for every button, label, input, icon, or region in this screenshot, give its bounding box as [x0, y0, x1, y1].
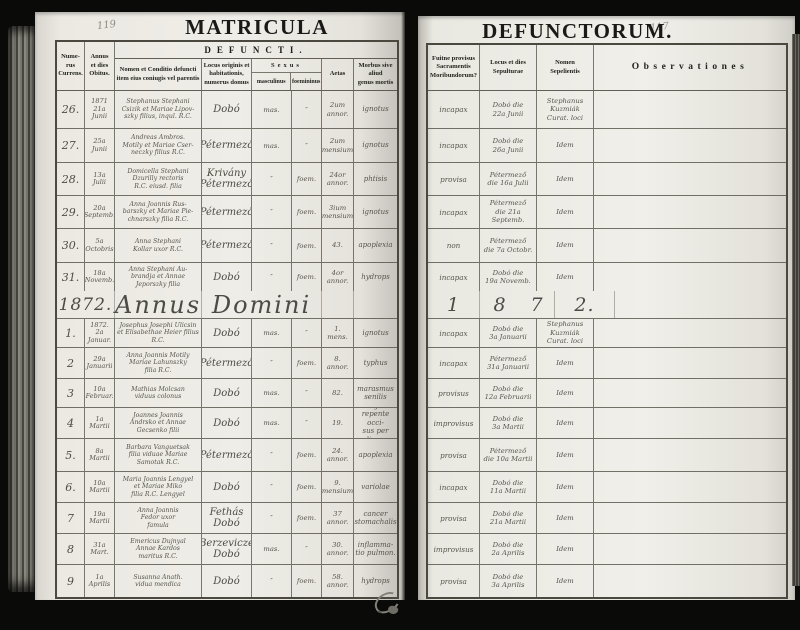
register-row: incapax Pétermező die 21a Septemb. Idem — [428, 196, 786, 229]
cell-name-condition: Stephanus Stephani Csizik et Mariae Lipo… — [115, 91, 202, 128]
cell-origin-place: Pétermező — [202, 348, 252, 378]
cell-sacraments: improvisus — [428, 534, 480, 564]
right-rows-1871: incapax Dobó die 22a Junii Stephanus Kuz… — [428, 91, 786, 291]
header-burying-priest: Nomen Sepelientis — [537, 45, 594, 90]
cell-origin-place: Krivány Pétermező — [202, 163, 252, 195]
register-row: improvisus Dobó die 2a Aprilis Idem — [428, 534, 786, 565]
register-row: non Pétermező die 7a Octobr. Idem — [428, 229, 786, 263]
cell-age: 2um mensium — [322, 129, 354, 162]
cell-sex-female: foem. — [292, 472, 322, 502]
cell-name-condition: Barbara Vanguetsak filia viduae Mariae S… — [115, 439, 202, 471]
register-row: 30. 5a Octobris Anna Stephani Kollar uxo… — [57, 229, 397, 263]
cell-numerus: 7 — [57, 503, 85, 533]
cell-sacraments: incapax — [428, 348, 480, 378]
year-band-left: 1872. Annus Domini — [57, 291, 397, 319]
cell-age: 24. annor. — [322, 439, 354, 471]
cell-obit-date: 18a Novemb. — [85, 263, 115, 291]
register-row: 9 1a Aprilis Susanna Anath. vidua mendic… — [57, 565, 397, 597]
cell-sex-male: ″ — [252, 472, 292, 502]
cell-observations — [594, 439, 786, 471]
right-table-header: Fuitne provisus Sacramentis Moribundorum… — [428, 45, 786, 91]
year-digit-2: 2. — [555, 291, 615, 318]
cell-obit-date: 10a Martii — [85, 472, 115, 502]
cell-name-condition: Josephus Josephi Ulicsin et Elisabethae … — [115, 319, 202, 347]
cell-name-condition: Maria Joannis Lengyel et Mariae Miko fil… — [115, 472, 202, 502]
cell-sacraments: non — [428, 229, 480, 262]
cell-cause-of-death: cancer stomachalis — [354, 503, 397, 533]
year-1872: 1872. — [59, 295, 113, 315]
cell-burial-place-date: Dobó die 21a Martii — [480, 503, 537, 533]
register-row: 3 10a Februar. Mathias Molcsan viduus co… — [57, 379, 397, 408]
cell-numerus: 1. — [57, 319, 85, 347]
cell-sex-male: ″ — [252, 263, 292, 291]
cell-numerus: 5. — [57, 439, 85, 471]
cell-sex-female: ″ — [292, 408, 322, 438]
cell-burying-priest: Stephanus Kuzmiák Curat. loci — [537, 319, 594, 347]
right-page: 117 DEFUNCTORUM. Fuitne provisus Sacrame… — [418, 16, 795, 600]
cell-observations — [594, 472, 786, 502]
register-table-right: Fuitne provisus Sacramentis Moribundorum… — [426, 43, 788, 599]
cell-origin-place: Dobó — [202, 91, 252, 128]
register-row: provisa Dobó die 3a Aprilis Idem — [428, 565, 786, 597]
cell-sex-male: ″ — [252, 565, 292, 597]
cell-numerus: 2 — [57, 348, 85, 378]
cell-sex-female: foem. — [292, 263, 322, 291]
cell-sex-female: foem. — [292, 348, 322, 378]
cell-burying-priest: Stephanus Kuzmiák Curat. loci — [537, 91, 594, 128]
cell-cause-of-death: in sylva repente occi- sus per ligna — [354, 408, 397, 438]
register-row: 26. 1871 21a Junii Stephanus Stephani Cs… — [57, 91, 397, 129]
cell-observations — [594, 229, 786, 262]
header-masculinus: masculinus — [252, 73, 291, 90]
cell-sex-female: foem. — [292, 439, 322, 471]
register-row: 4 1a Martii Joannes Joannis Andrsko et A… — [57, 408, 397, 439]
cell-sacraments: incapax — [428, 196, 480, 228]
cell-burial-place-date: Dobó die 2a Aprilis — [480, 534, 537, 564]
cell-origin-place: Pétermező — [202, 129, 252, 162]
cell-sex-male: mas. — [252, 408, 292, 438]
cell-age: 24or annor. — [322, 163, 354, 195]
cell-observations — [594, 565, 786, 597]
cell-burying-priest: Idem — [537, 379, 594, 407]
cell-age: 82. — [322, 379, 354, 407]
cell-cause-of-death: phtisis — [354, 163, 397, 195]
cell-age: 1. mens. — [322, 319, 354, 347]
header-morbus: Morbus sive aliud genus mortis — [354, 59, 397, 90]
cell-observations — [594, 263, 786, 291]
word-domini: Domini — [212, 291, 311, 319]
cell-name-condition: Anna Joannis Rus- barszky et Mariae Pie-… — [115, 196, 202, 228]
register-row: provisus Dobó die 12a Februarii Idem — [428, 379, 786, 408]
cell-age: 30. annor. — [322, 534, 354, 564]
cell-numerus: 6. — [57, 472, 85, 502]
register-row: incapax Dobó die 22a Junii Stephanus Kuz… — [428, 91, 786, 129]
cell-sex-male: ″ — [252, 439, 292, 471]
cell-observations — [594, 91, 786, 128]
cell-burial-place-date: Dobó die 19a Novemb. — [480, 263, 537, 291]
book-fore-edge-right — [792, 34, 800, 586]
cell-burying-priest: Idem — [537, 472, 594, 502]
header-observationes: Observationes — [594, 45, 786, 90]
cell-name-condition: Emericus Dujnyal Annae Kardos maritus R.… — [115, 534, 202, 564]
cell-burial-place-date: Dobó die 11a Martii — [480, 472, 537, 502]
cell-sex-male: mas. — [252, 534, 292, 564]
cell-name-condition: Anna Stephani Au- brandja et Annae Jepor… — [115, 263, 202, 291]
cell-burial-place-date: Dobó die 22a Junii — [480, 91, 537, 128]
register-table-left: Nume- rus Currens. Annus et dies Obitus.… — [55, 40, 399, 599]
cell-cause-of-death: apoplexia — [354, 229, 397, 262]
cell-obit-date: 1871 21a Junii — [85, 91, 115, 128]
register-row: 31. 18a Novemb. Anna Stephani Au- brandj… — [57, 263, 397, 291]
cell-sacraments: provisus — [428, 379, 480, 407]
cell-age: 8. annor. — [322, 348, 354, 378]
cell-sex-male: ″ — [252, 348, 292, 378]
cell-burying-priest: Idem — [537, 439, 594, 471]
cell-cause-of-death: typhus — [354, 348, 397, 378]
cell-name-condition: Susanna Anath. vidua mendica — [115, 565, 202, 597]
cell-sacraments: provisa — [428, 439, 480, 471]
cell-observations — [594, 196, 786, 228]
cell-burying-priest: Idem — [537, 229, 594, 262]
cell-burial-place-date: Dobó die 3a Martii — [480, 408, 537, 438]
header-burial-place-date: Locus et dies Sepulturae — [480, 45, 537, 90]
cell-sacraments: incapax — [428, 319, 480, 347]
year-digit-7: 7 — [520, 291, 555, 318]
register-row: incapax Dobó die 11a Martii Idem — [428, 472, 786, 503]
register-row: 6. 10a Martii Maria Joannis Lengyel et M… — [57, 472, 397, 503]
cell-burial-place-date: Pétermező die 16a Julii — [480, 163, 537, 195]
cell-origin-place: Dobó — [202, 408, 252, 438]
cell-numerus: 30. — [57, 229, 85, 262]
cell-sacraments: incapax — [428, 472, 480, 502]
year-band-spacer-r — [615, 291, 786, 318]
cell-name-condition: Anna Stephani Kollar uxor R.C. — [115, 229, 202, 262]
cell-burying-priest: Idem — [537, 263, 594, 291]
cell-name-condition: Anna Joannis Motily Mariae Lahunszky fil… — [115, 348, 202, 378]
cell-sex-female: foem. — [292, 163, 322, 195]
cell-origin-place: Pétermező — [202, 439, 252, 471]
cell-obit-date: 25a Junii — [85, 129, 115, 162]
cell-burying-priest: Idem — [537, 503, 594, 533]
cell-burying-priest: Idem — [537, 348, 594, 378]
cell-origin-place: Dobó — [202, 565, 252, 597]
cell-cause-of-death: ignotus — [354, 91, 397, 128]
cell-origin-place: Dobó — [202, 472, 252, 502]
register-row: incapax Dobó die 3a Januarii Stephanus K… — [428, 319, 786, 348]
cell-sacraments: improvisus — [428, 408, 480, 438]
cell-sex-male: mas. — [252, 379, 292, 407]
header-numerus: Nume- rus Currens. — [57, 42, 85, 90]
cell-origin-place: Pétermező — [202, 229, 252, 262]
cell-sex-male: mas. — [252, 129, 292, 162]
cell-observations — [594, 534, 786, 564]
register-row: 28. 13a Julii Domicella Stephani Dzurill… — [57, 163, 397, 196]
header-origin-place: Locus originis et habitationis, numerus … — [202, 59, 252, 90]
cell-age: 19. — [322, 408, 354, 438]
cell-sex-female: ″ — [292, 91, 322, 128]
cell-age: 37 annor. — [322, 503, 354, 533]
cell-sacraments: incapax — [428, 129, 480, 162]
cell-obit-date: 10a Februar. — [85, 379, 115, 407]
cell-obit-date: 8a Martii — [85, 439, 115, 471]
cell-age: 2um annor. — [322, 91, 354, 128]
cell-sex-female: ″ — [292, 319, 322, 347]
cell-age: 58. annor. — [322, 565, 354, 597]
register-row: incapax Dobó die 19a Novemb. Idem — [428, 263, 786, 291]
cell-burial-place-date: Pétermező die 7a Octobr. — [480, 229, 537, 262]
right-page-title: DEFUNCTORUM. — [418, 19, 795, 44]
cell-observations — [594, 129, 786, 162]
cell-burying-priest: Idem — [537, 565, 594, 597]
register-row: incapax Pétermező 31a Januarii Idem — [428, 348, 786, 379]
cell-obit-date: 1a Aprilis — [85, 565, 115, 597]
cell-origin-place: Fethás Dobó — [202, 503, 252, 533]
cell-numerus: 9 — [57, 565, 85, 597]
cell-sex-male: ″ — [252, 196, 292, 228]
year-digit-8: 8 — [480, 291, 520, 318]
register-row: 27. 25a Junii Andreas Ambros. Motily et … — [57, 129, 397, 163]
cell-burial-place-date: Dobó die 26a Junii — [480, 129, 537, 162]
left-page-title: MATRICULA — [35, 15, 405, 40]
cell-origin-place: Dobó — [202, 319, 252, 347]
year-band-spacer-a — [322, 291, 354, 318]
cell-age: 4or annor. — [322, 263, 354, 291]
left-rows-1871: 26. 1871 21a Junii Stephanus Stephani Cs… — [57, 91, 397, 291]
register-row: provisa Dobó die 21a Martii Idem — [428, 503, 786, 534]
left-table-header: Nume- rus Currens. Annus et dies Obitus.… — [57, 42, 397, 91]
register-row: 7 19a Martii Anna Joannis Fedor uxor fam… — [57, 503, 397, 534]
cell-sacraments: provisa — [428, 163, 480, 195]
cell-numerus: 31. — [57, 263, 85, 291]
cell-origin-place: Dobó — [202, 379, 252, 407]
cell-burying-priest: Idem — [537, 129, 594, 162]
cell-sacraments: provisa — [428, 503, 480, 533]
cell-sex-male: ″ — [252, 503, 292, 533]
word-annus: Annus — [115, 291, 201, 319]
left-rows-1872: 1. 1872. 2a Januar. Josephus Josephi Uli… — [57, 319, 397, 597]
register-row: incapax Dobó die 26a Junii Idem — [428, 129, 786, 163]
cell-numerus: 27. — [57, 129, 85, 162]
cell-sex-male: ″ — [252, 163, 292, 195]
cell-sex-female: foem. — [292, 565, 322, 597]
cell-name-condition: Anna Joannis Fedor uxor famula — [115, 503, 202, 533]
cell-cause-of-death: ignotus — [354, 196, 397, 228]
cell-burial-place-date: Pétermező die 21a Septemb. — [480, 196, 537, 228]
cell-name-condition: Mathias Molcsan viduus colonus — [115, 379, 202, 407]
header-foemininus: foemininus — [291, 73, 321, 90]
header-name-condition: Nomen et Conditio defuncti item eius con… — [115, 59, 202, 90]
cell-cause-of-death: marasmus senilis — [354, 379, 397, 407]
header-sexus-group: Sexus masculinus foemininus — [252, 59, 322, 90]
register-row: provisa Pétermező die 16a Julii Idem — [428, 163, 786, 196]
cell-sex-male: mas. — [252, 91, 292, 128]
cell-sacraments: incapax — [428, 263, 480, 291]
cell-name-condition: Andreas Ambros. Motily et Mariae Cser- n… — [115, 129, 202, 162]
cell-obit-date: 5a Octobris — [85, 229, 115, 262]
cell-sacraments: provisa — [428, 565, 480, 597]
cell-sex-female: ″ — [292, 379, 322, 407]
cell-burial-place-date: Pétermező die 10a Martii — [480, 439, 537, 471]
cell-burying-priest: Idem — [537, 196, 594, 228]
cell-sex-female: foem. — [292, 503, 322, 533]
cell-sex-female: ″ — [292, 534, 322, 564]
cell-cause-of-death: inflamma- tio pulmon. — [354, 534, 397, 564]
cell-observations — [594, 348, 786, 378]
cell-observations — [594, 408, 786, 438]
cell-cause-of-death: hydrops — [354, 263, 397, 291]
cell-obit-date: 20a Septemb. — [85, 196, 115, 228]
cell-sacraments: incapax — [428, 91, 480, 128]
section-title-defuncti: DEFUNCTI. — [115, 42, 397, 59]
cell-cause-of-death: ignotus — [354, 319, 397, 347]
cell-sex-female: ″ — [292, 129, 322, 162]
cell-obit-date: 31a Mart. — [85, 534, 115, 564]
cell-numerus: 29. — [57, 196, 85, 228]
cell-obit-date: 1a Martii — [85, 408, 115, 438]
cell-burial-place-date: Dobó die 12a Februarii — [480, 379, 537, 407]
header-aetas: Aetas — [322, 59, 354, 90]
left-page: 119 MATRICULA Nume- rus Currens. Annus e… — [35, 12, 405, 600]
cell-obit-date: 1872. 2a Januar. — [85, 319, 115, 347]
cell-sex-female: foem. — [292, 229, 322, 262]
year-digit-1: 1 — [428, 291, 480, 318]
cell-observations — [594, 379, 786, 407]
cell-burying-priest: Idem — [537, 163, 594, 195]
cell-sex-male: ″ — [252, 229, 292, 262]
year-band-year: 1872. — [57, 291, 115, 318]
cell-cause-of-death: variolae — [354, 472, 397, 502]
cell-burying-priest: Idem — [537, 408, 594, 438]
book-fore-edge-left — [8, 26, 36, 592]
cell-sex-male: mas. — [252, 319, 292, 347]
page-curl-artifact — [372, 589, 410, 623]
cell-obit-date: 19a Martii — [85, 503, 115, 533]
year-band-annus: Annus — [115, 291, 202, 318]
cell-obit-date: 29a Januarii — [85, 348, 115, 378]
register-row: 8 31a Mart. Emericus Dujnyal Annae Kardo… — [57, 534, 397, 565]
cell-observations — [594, 503, 786, 533]
register-row: 29. 20a Septemb. Anna Joannis Rus- barsz… — [57, 196, 397, 229]
scanned-register-spread: 119 MATRICULA Nume- rus Currens. Annus e… — [0, 0, 800, 630]
cell-burial-place-date: Dobó die 3a Aprilis — [480, 565, 537, 597]
cell-numerus: 26. — [57, 91, 85, 128]
cell-burial-place-date: Pétermező 31a Januarii — [480, 348, 537, 378]
cell-origin-place: Pétermező — [202, 196, 252, 228]
cell-origin-place: Berzevicze Dobó — [202, 534, 252, 564]
register-row: 2 29a Januarii Anna Joannis Motily Maria… — [57, 348, 397, 379]
cell-name-condition: Joannes Joannis Andrsko et Annae Gecsenk… — [115, 408, 202, 438]
header-sexus: Sexus — [252, 59, 321, 73]
cell-observations — [594, 319, 786, 347]
cell-age: 9. mensium — [322, 472, 354, 502]
cell-age: 43. — [322, 229, 354, 262]
cell-age: 3ium mensium — [322, 196, 354, 228]
cell-cause-of-death: ignotus — [354, 129, 397, 162]
cell-numerus: 3 — [57, 379, 85, 407]
cell-name-condition: Domicella Stephani Dzurilly rectoris R.C… — [115, 163, 202, 195]
header-sacraments: Fuitne provisus Sacramentis Moribundorum… — [428, 45, 480, 90]
register-row: 5. 8a Martii Barbara Vanguetsak filia vi… — [57, 439, 397, 472]
cell-cause-of-death: apoplexia — [354, 439, 397, 471]
right-rows-1872: incapax Dobó die 3a Januarii Stephanus K… — [428, 319, 786, 597]
register-row: provisa Pétermező die 10a Martii Idem — [428, 439, 786, 472]
year-band-spacer-b — [354, 291, 397, 318]
cell-numerus: 28. — [57, 163, 85, 195]
cell-origin-place: Dobó — [202, 263, 252, 291]
cell-burying-priest: Idem — [537, 534, 594, 564]
cell-sex-female: foem. — [292, 196, 322, 228]
header-obit-date: Annus et dies Obitus. — [85, 42, 115, 90]
year-band-right: 1 8 7 2. — [428, 291, 786, 319]
cell-burial-place-date: Dobó die 3a Januarii — [480, 319, 537, 347]
cell-observations — [594, 163, 786, 195]
register-row: improvisus Dobó die 3a Martii Idem — [428, 408, 786, 439]
register-row: 1. 1872. 2a Januar. Josephus Josephi Uli… — [57, 319, 397, 348]
cell-numerus: 8 — [57, 534, 85, 564]
cell-numerus: 4 — [57, 408, 85, 438]
year-band-domini: Domini — [202, 291, 322, 318]
cell-obit-date: 13a Julii — [85, 163, 115, 195]
